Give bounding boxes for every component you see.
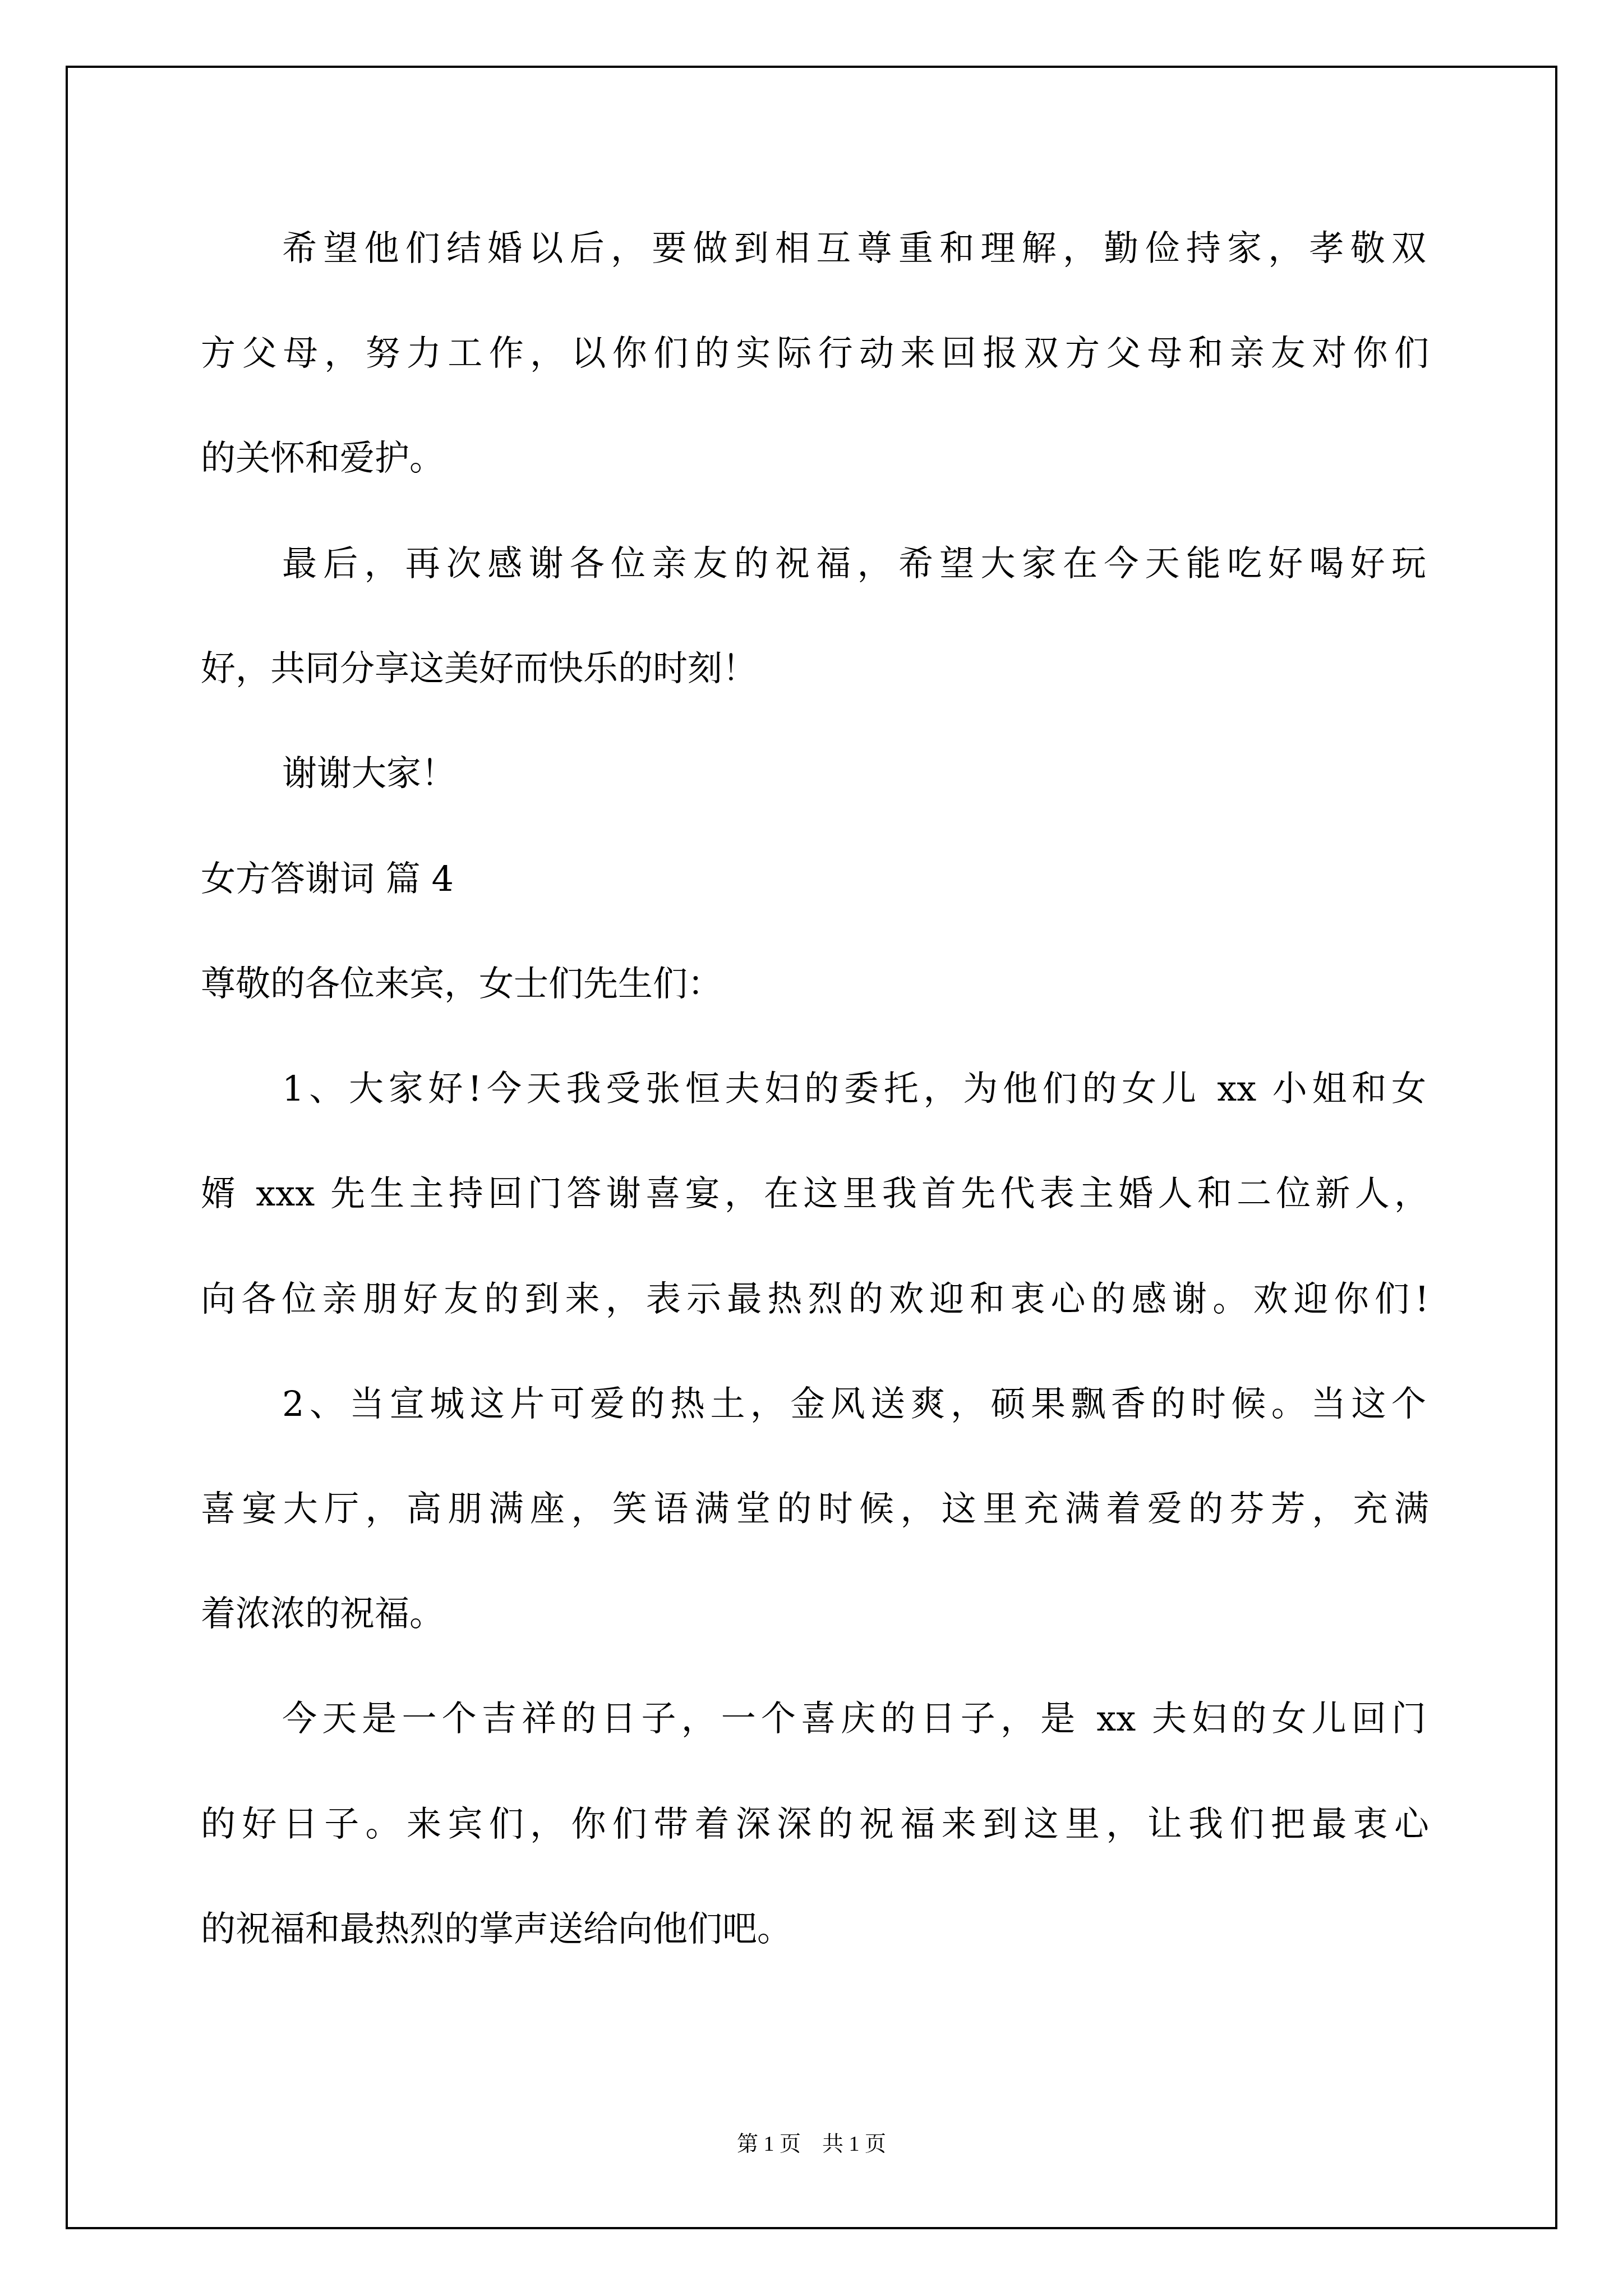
paragraph-line: 着浓浓的祝福。 (201, 1591, 1429, 1636)
paragraph-line: 最后，再次感谢各位亲友的祝福，希望大家在今天能吃好喝好玩 (282, 541, 1426, 586)
paragraph-line: 1、大家好!今天我受张恒夫妇的委托，为他们的女儿 xx 小姐和女 (282, 1066, 1426, 1111)
paragraph-line: 2、当宣城这片可爱的热土，金风送爽，硕果飘香的时候。当这个 (282, 1382, 1426, 1427)
page-border (66, 66, 1557, 2229)
paragraph-line: 的祝福和最热烈的掌声送给向他们吧。 (201, 1907, 1429, 1952)
paragraph-line: 希望他们结婚以后，要做到相互尊重和理解，勤俭持家，孝敬双 (282, 226, 1426, 271)
paragraph-line: 好，共同分享这美好而快乐的时刻！ (201, 646, 1429, 691)
paragraph-line: 谢谢大家！ (282, 751, 1510, 796)
paragraph-line: 今天是一个吉祥的日子，一个喜庆的日子，是 xx 夫妇的女儿回门 (282, 1696, 1426, 1741)
paragraph-line: 的好日子。来宾们，你们带着深深的祝福来到这里，让我们把最衷心 (201, 1802, 1429, 1847)
paragraph-line: 向各位亲朋好友的到来，表示最热烈的欢迎和衷心的感谢。欢迎你们! (201, 1277, 1429, 1322)
page-number-footer: 第 1 页 共 1 页 (0, 2130, 1623, 2158)
paragraph-line: 方父母，努力工作，以你们的实际行动来回报双方父母和亲友对你们 (201, 331, 1429, 376)
salutation-line: 尊敬的各位来宾，女士们先生们： (201, 961, 1429, 1006)
paragraph-line: 喜宴大厅，高朋满座，笑语满堂的时候，这里充满着爱的芬芳，充满 (201, 1487, 1429, 1531)
paragraph-line: 婿 xxx 先生主持回门答谢喜宴，在这里我首先代表主婚人和二位新人， (201, 1171, 1429, 1216)
section-heading: 女方答谢词 篇 4 (201, 857, 1429, 901)
paragraph-line: 的关怀和爱护。 (201, 436, 1429, 481)
